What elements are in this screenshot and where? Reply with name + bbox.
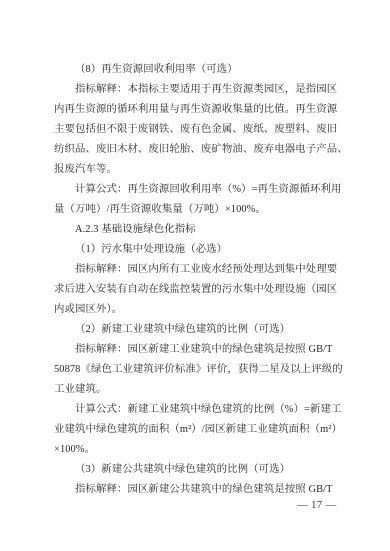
text-line: 指标解释：园区新建公共建筑中的绿色建筑是按照 GB/T [54, 480, 346, 500]
text-line: 工业建筑。 [54, 380, 346, 400]
text-line: 量（万吨）/再生资源收集量（万吨）×100%。 [54, 200, 346, 220]
text-line: 指标解释：园区内所有工业废水经预处理达到集中处理要 [54, 260, 346, 280]
text-line: 业建筑中绿色建筑的面积（m²）/园区新建工业建筑面积（m²） [54, 420, 346, 440]
paragraph: （3）新建公共建筑中绿色建筑的比例（可选） [54, 460, 346, 480]
section-heading: A.2.3 基础设施绿色化指标 [54, 220, 346, 240]
document-body: （8）再生资源回收利用率（可选）指标解释：本指标主要适用于再生资源类园区，是指园… [54, 60, 346, 500]
text-line: 计算公式：再生资源回收利用率（%）=再生资源循环利用 [54, 180, 346, 200]
text-line: 主要包括但不限于废钢铁、废有色金属、废纸、废塑料、废旧 [54, 120, 346, 140]
text-line: 指标解释：本指标主要适用于再生资源类园区，是指园区 [54, 80, 346, 100]
text-line: 内或园区外）。 [54, 300, 346, 320]
paragraph: 指标解释：园区内所有工业废水经预处理达到集中处理要求后进入安装有自动在线监控装置… [54, 260, 346, 320]
text-line: （8）再生资源回收利用率（可选） [54, 60, 346, 80]
text-line: 指标解释：园区新建工业建筑中的绿色建筑是按照 GB/T [54, 340, 346, 360]
paragraph: （8）再生资源回收利用率（可选） [54, 60, 346, 80]
text-line: 内再生资源的循环利用量与再生资源收集量的比值。再生资源 [54, 100, 346, 120]
text-line: （1）污水集中处理设施（必选） [54, 240, 346, 260]
text-line: 50878《绿色工业建筑评价标准》评价，获得二星及以上评级的 [54, 360, 346, 380]
text-line: 报废汽车等。 [54, 160, 346, 180]
paragraph: （1）污水集中处理设施（必选） [54, 240, 346, 260]
text-line: 计算公式：新建工业建筑中绿色建筑的比例（%）=新建工 [54, 400, 346, 420]
text-line: （3）新建公共建筑中绿色建筑的比例（可选） [54, 460, 346, 480]
paragraph: 指标解释：园区新建工业建筑中的绿色建筑是按照 GB/T50878《绿色工业建筑评… [54, 340, 346, 400]
text-line: 求后进入安装有自动在线监控装置的污水集中处理设施（园区 [54, 280, 346, 300]
paragraph: 指标解释：园区新建公共建筑中的绿色建筑是按照 GB/T [54, 480, 346, 500]
paragraph: 指标解释：本指标主要适用于再生资源类园区，是指园区内再生资源的循环利用量与再生资… [54, 80, 346, 180]
document-page: （8）再生资源回收利用率（可选）指标解释：本指标主要适用于再生资源类园区，是指园… [0, 0, 390, 551]
text-line: （2）新建工业建筑中绿色建筑的比例（可选） [54, 320, 346, 340]
paragraph: 计算公式：再生资源回收利用率（%）=再生资源循环利用量（万吨）/再生资源收集量（… [54, 180, 346, 220]
paragraph: 计算公式：新建工业建筑中绿色建筑的比例（%）=新建工业建筑中绿色建筑的面积（m²… [54, 400, 346, 460]
text-line: 纺织品、废旧木材、废旧轮胎、废矿物油、废弃电器电子产品、 [54, 140, 346, 160]
page-number: — 17 — [297, 500, 337, 511]
text-line: ×100%。 [54, 440, 346, 460]
text-line: A.2.3 基础设施绿色化指标 [54, 220, 346, 240]
paragraph: （2）新建工业建筑中绿色建筑的比例（可选） [54, 320, 346, 340]
